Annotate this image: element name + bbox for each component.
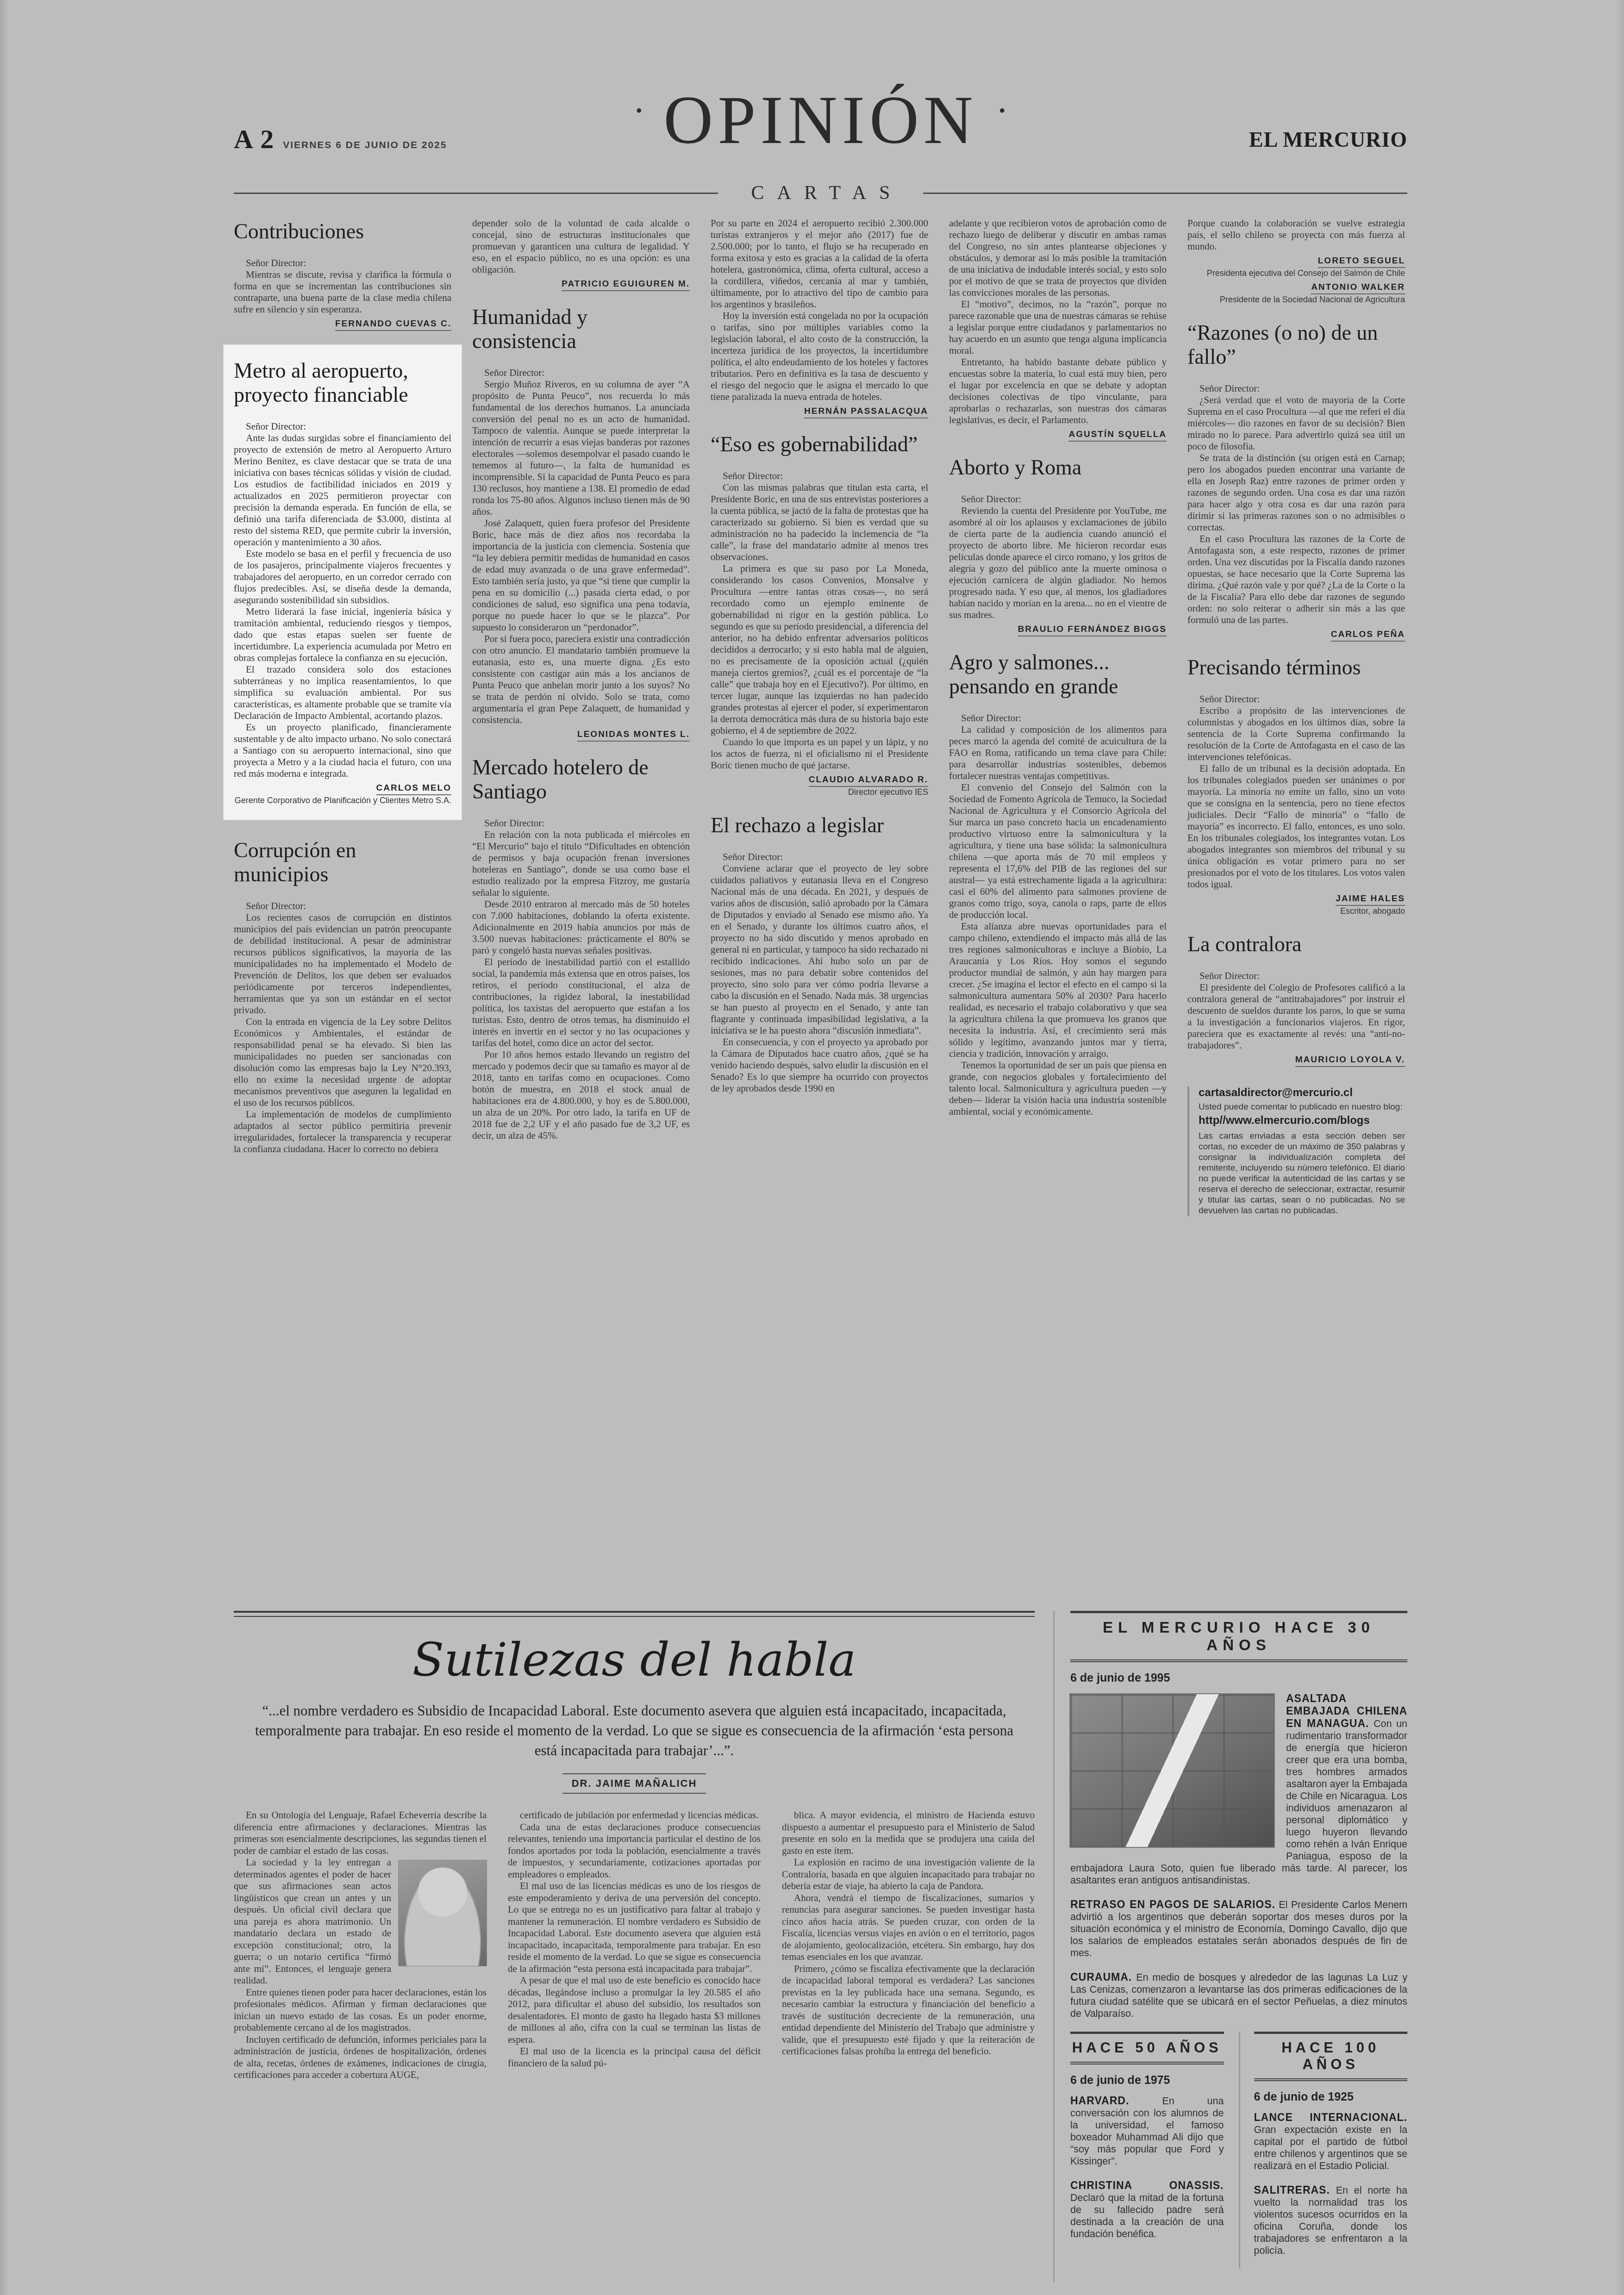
history-item: HARVARD. En una conversación con los alu…: [1070, 2095, 1224, 2167]
letters-column: ContribucionesSeñor Director:Mientras se…: [234, 218, 451, 1611]
letter-paragraph: Con la entrada en vigencia de la Ley sob…: [234, 1016, 451, 1109]
letter-section: Por su parte en 2024 el aeropuerto recib…: [711, 218, 928, 417]
letter-paragraph: En consecuencia, y con el proyecto ya ap…: [711, 1036, 928, 1094]
letter-section: Porque cuando la colaboración se vuelve …: [1187, 218, 1405, 305]
letter-paragraph: El convenio del Consejo del Salmón con l…: [949, 782, 1167, 921]
letter-salutation: Señor Director:: [711, 470, 928, 482]
letter-section: Precisando términosSeñor Director:Escrib…: [1187, 655, 1405, 917]
left-rule: [234, 193, 718, 194]
letter-salutation: Señor Director:: [1187, 970, 1405, 982]
letter-paragraph: Reviendo la cuenta del Presidente por Yo…: [949, 505, 1167, 621]
letter-salutation: Señor Director:: [472, 817, 690, 829]
contact-blog-url[interactable]: http//www.elmercurio.com/blogs: [1199, 1114, 1405, 1127]
letter-title: Agro y salmones... pensando en grande: [949, 650, 1167, 698]
signature-name: LEONIDAS MONTES L.: [577, 730, 690, 742]
letter-section: La contraloraSeñor Director:El president…: [1187, 932, 1405, 1065]
letter-paragraph: En el caso Procultura las razones de la …: [1187, 533, 1405, 626]
letter-paragraph: Ante las dudas surgidas sobre el financi…: [234, 432, 451, 548]
feature-paragraph: La explosión en racimo de una investigac…: [782, 1857, 1035, 1892]
letter-paragraph: La primera es que su paso por La Moneda,…: [711, 563, 928, 736]
section-title: OPINIÓN: [663, 82, 977, 158]
hace-50-header: HACE 50 AÑOS: [1070, 2032, 1224, 2064]
feature-paragraph: El mal uso de las licencias médicas es u…: [508, 1880, 761, 1975]
feature-paragraph: Incluyen certificado de defunción, infor…: [234, 2034, 487, 2081]
feature-column: certificado de jubilación por enfermedad…: [508, 1809, 761, 2081]
letter-salutation: Señor Director:: [1187, 383, 1405, 394]
letters-column: Por su parte en 2024 el aeropuerto recib…: [711, 218, 928, 1611]
letter-signature: ANTONIO WALKER: [1187, 282, 1405, 293]
signature-name: MAURICIO LOYOLA V.: [1295, 1055, 1405, 1067]
history-item: CURAUMA. En medio de bosques y alrededor…: [1070, 1971, 1407, 2020]
letters-columns: ContribucionesSeñor Director:Mientras se…: [234, 218, 1405, 1611]
letter-paragraph: Con las mismas palabras que titulan esta…: [711, 482, 928, 563]
signature-name: PATRICIO EGUIGUREN M.: [562, 279, 690, 291]
letter-paragraph: Esta alianza abre nuevas oportunidades p…: [949, 921, 1167, 1060]
feature-paragraph: Entre quienes tienen poder para hacer de…: [234, 1987, 487, 2034]
hace-100-box: HACE 100 AÑOS 6 de junio de 1925 LANCE I…: [1239, 2032, 1408, 2269]
letter-paragraph-continued: Por su parte en 2024 el aeropuerto recib…: [711, 218, 928, 310]
section-header: •OPINIÓN•: [234, 81, 1407, 160]
letter-paragraph: Sergio Muñoz Riveros, en su columna de a…: [472, 379, 690, 518]
letter-title: Mercado hotelero de Santiago: [472, 755, 690, 804]
letter-signature: AGUSTÍN SQUELLA: [949, 430, 1167, 440]
history-item: SALITRERAS. En el norte ha vuelto la nor…: [1254, 2184, 1408, 2257]
letter-title: “Eso es gobernabilidad”: [711, 432, 928, 456]
signature-role: Director ejecutivo IES: [711, 787, 928, 798]
letter-salutation: Señor Director:: [234, 421, 451, 432]
signature-role: Presidenta ejecutiva del Consejo del Sal…: [1187, 268, 1405, 279]
letter-salutation: Señor Director:: [234, 257, 451, 269]
letter-section: adelante y que recibieron votos de aprob…: [949, 218, 1167, 440]
signature-name: CLAUDIO ALVARADO R.: [809, 775, 928, 787]
hace-30-date: 6 de junio de 1995: [1070, 1671, 1407, 1685]
letter-title: Aborto y Roma: [949, 455, 1167, 480]
letter-paragraph-continued: Porque cuando la colaboración se vuelve …: [1187, 218, 1405, 252]
hace-50-box: HACE 50 AÑOS 6 de junio de 1975 HARVARD.…: [1070, 2032, 1224, 2269]
paper-name-wrap: EL MERCURIO: [1249, 127, 1407, 152]
history-module: EL MERCURIO HACE 30 AÑOS 6 de junio de 1…: [1053, 1611, 1407, 2282]
history-item: LANCE INTERNACIONAL. Gran expectación ex…: [1254, 2111, 1408, 2172]
letter-salutation: Señor Director:: [1187, 693, 1405, 705]
letters-contact-box: cartasaldirector@mercurio.clUsted puede …: [1187, 1086, 1405, 1216]
history-item-lead: CHRISTINA ONASSIS.: [1070, 2179, 1224, 2191]
feature-paragraph: certificado de jubilación por enfermedad…: [508, 1809, 761, 1821]
contact-blog-note: Usted puede comentar lo publicado en nue…: [1199, 1102, 1405, 1112]
letter-paragraph-continued: adelante y que recibieron votos de aprob…: [949, 218, 1167, 299]
letter-title: La contralora: [1187, 932, 1405, 956]
letter-paragraph: Tenemos la oportunidad de ser un país qu…: [949, 1060, 1167, 1117]
signature-role: Presidente de la Sociedad Nacional de Ag…: [1187, 294, 1405, 305]
signature-name: BRAULIO FERNÁNDEZ BIGGS: [1018, 624, 1167, 636]
feature-paragraph: El mal uso de la licencia es la principa…: [508, 2046, 761, 2069]
author-portrait-photo: [399, 1860, 487, 1966]
letter-section: “Razones (o no) de un fallo”Señor Direct…: [1187, 321, 1405, 640]
signature-role: Gerente Corporativo de Planificación y C…: [234, 795, 451, 806]
feature-byline: DR. JAIME MAÑALICH: [562, 1773, 706, 1794]
right-rule: [923, 193, 1407, 194]
feature-paragraph: En su Ontología del Lenguaje, Rafael Ech…: [234, 1809, 487, 1857]
feature-quote: “...el nombre verdadero es Subsidio de I…: [245, 1701, 1024, 1760]
hace-100-header: HACE 100 AÑOS: [1254, 2032, 1408, 2081]
letters-column: Porque cuando la colaboración se vuelve …: [1187, 218, 1405, 1611]
highlighted-letter: Metro al aeropuerto, proyecto financiabl…: [224, 345, 462, 820]
letter-signature: LORETO SEGUEL: [1187, 256, 1405, 266]
letter-section: depender solo de la voluntad de cada alc…: [472, 218, 690, 289]
letter-paragraph: Conviene aclarar que el proyecto de ley …: [711, 863, 928, 1036]
signature-name: LORETO SEGUEL: [1318, 256, 1405, 268]
letter-signature: LEONIDAS MONTES L.: [472, 730, 690, 740]
hace-30-items: ASALTADA EMBAJADA CHILENA EN MANAGUA. Co…: [1070, 1692, 1407, 2020]
contact-fine-print: Las cartas enviadas a esta sección deben…: [1199, 1131, 1405, 1216]
letter-salutation: Señor Director:: [949, 493, 1167, 505]
letter-section: Humanidad y consistenciaSeñor Director:S…: [472, 305, 690, 740]
history-item-lead: HARVARD.: [1070, 2095, 1129, 2107]
feature-column: En su Ontología del Lenguaje, Rafael Ech…: [234, 1809, 487, 2081]
letter-signature: CLAUDIO ALVARADO R.: [711, 775, 928, 785]
letter-paragraph: Por 10 años hemos estado llevando un reg…: [472, 1049, 690, 1141]
history-item: CHRISTINA ONASSIS. Declaró que la mitad …: [1070, 2179, 1224, 2240]
left-dot-icon: •: [636, 100, 642, 121]
letter-section: “Eso es gobernabilidad”Señor Director:Co…: [711, 432, 928, 798]
letter-section: Mercado hotelero de SantiagoSeñor Direct…: [472, 755, 690, 1141]
letter-title: “Razones (o no) de un fallo”: [1187, 321, 1405, 369]
contact-email[interactable]: cartasaldirector@mercurio.cl: [1199, 1086, 1405, 1099]
letter-title: Precisando términos: [1187, 655, 1405, 680]
letters-column: depender solo de la voluntad de cada alc…: [472, 218, 690, 1611]
hace-100-items: LANCE INTERNACIONAL. Gran expectación ex…: [1254, 2111, 1408, 2257]
subsection-row: CARTAS: [234, 182, 1407, 204]
letter-paragraph: El trazado considera solo dos estaciones…: [234, 664, 451, 722]
signature-name: AGUSTÍN SQUELLA: [1068, 430, 1167, 442]
feature-columns: En su Ontología del Lenguaje, Rafael Ech…: [234, 1809, 1035, 2081]
embassy-flag-photo: [1070, 1694, 1274, 1847]
signature-name: CARLOS MELO: [376, 783, 451, 795]
letter-section: Corrupción en municipiosSeñor Director:L…: [234, 838, 451, 1155]
letter-paragraph: Desde 2010 entraron al mercado más de 50…: [472, 898, 690, 956]
masthead: A 2VIERNES 6 DE JUNIO DE 2025 •OPINIÓN• …: [234, 81, 1407, 220]
history-item-lead: SALITRERAS.: [1254, 2184, 1330, 2196]
letter-signature: JAIME HALES: [1187, 894, 1405, 904]
feature-paragraph: Cada una de estas declaraciones produce …: [508, 1821, 761, 1881]
letter-title: Corrupción en municipios: [234, 838, 451, 886]
letter-section: Aborto y RomaSeñor Director:Reviendo la …: [949, 455, 1167, 635]
feature-article: Sutilezas del habla “...el nombre verdad…: [234, 1611, 1035, 2282]
hace-100-date: 6 de junio de 1925: [1254, 2090, 1408, 2104]
letter-paragraph: Cuando lo que importa es un papel y un l…: [711, 736, 928, 771]
letter-signature: FERNANDO CUEVAS C.: [234, 319, 451, 329]
history-item-lead: CURAUMA.: [1070, 1971, 1132, 1983]
history-item-lead: ASALTADA EMBAJADA CHILENA EN MANAGUA.: [1286, 1692, 1407, 1729]
letter-section: El rechazo a legislarSeñor Director:Conv…: [711, 813, 928, 1094]
feature-column: blica. A mayor evidencia, el ministro de…: [782, 1809, 1035, 2081]
signature-name: ANTONIO WALKER: [1311, 282, 1405, 294]
hace-30-header: EL MERCURIO HACE 30 AÑOS: [1070, 1611, 1407, 1662]
feature-top-rule: [234, 1611, 1035, 1617]
signature-name: JAIME HALES: [1336, 894, 1405, 906]
letter-paragraph: Se trata de la distinción (su origen est…: [1187, 452, 1405, 533]
feature-title: Sutilezas del habla: [234, 1633, 1035, 1687]
letter-paragraph: Por si fuera poco, pareciera existir una…: [472, 633, 690, 726]
letter-paragraph: El fallo de un tribunal es la decisión a…: [1187, 763, 1405, 890]
hace-50-items: HARVARD. En una conversación con los alu…: [1070, 2095, 1224, 2240]
letter-signature: HERNÁN PASSALACQUA: [711, 406, 928, 417]
letter-paragraph: Los recientes casos de corrupción en dis…: [234, 912, 451, 1016]
letter-paragraph: Es un proyecto planificado, financierame…: [234, 722, 451, 780]
letter-paragraph: Metro liderará la fase inicial, ingenier…: [234, 606, 451, 664]
history-item-lead: LANCE INTERNACIONAL.: [1254, 2111, 1408, 2123]
letter-signature: MAURICIO LOYOLA V.: [1187, 1055, 1405, 1065]
letter-section: ContribucionesSeñor Director:Mientras se…: [234, 219, 451, 329]
letter-paragraph: La calidad y composición de los alimento…: [949, 724, 1167, 782]
letter-paragraph: ¿Será verdad que el voto de mayoría de l…: [1187, 394, 1405, 452]
letter-salutation: Señor Director:: [949, 712, 1167, 724]
hace-sub-row: HACE 50 AÑOS 6 de junio de 1975 HARVARD.…: [1070, 2032, 1407, 2269]
letter-signature: PATRICIO EGUIGUREN M.: [472, 279, 690, 289]
letter-title: El rechazo a legislar: [711, 813, 928, 837]
letters-column: adelante y que recibieron votos de aprob…: [949, 218, 1167, 1611]
history-item: RETRASO EN PAGOS DE SALARIOS. El Preside…: [1070, 1898, 1407, 1959]
hace-50-date: 6 de junio de 1975: [1070, 2074, 1224, 2087]
bottom-area: Sutilezas del habla “...el nombre verdad…: [234, 1611, 1407, 2282]
letter-paragraph: Mientras se discute, revisa y clarifica …: [234, 269, 451, 315]
letter-paragraph: Escribo a propósito de las intervencione…: [1187, 705, 1405, 763]
letter-salutation: Señor Director:: [472, 367, 690, 379]
letter-title: Contribuciones: [234, 219, 451, 243]
letter-paragraph: José Zalaquett, quien fuera profesor del…: [472, 518, 690, 633]
feature-paragraph: Primero, ¿cómo se fiscaliza efectivament…: [782, 1963, 1035, 2058]
letter-salutation: Señor Director:: [711, 851, 928, 863]
letter-title: Metro al aeropuerto, proyecto financiabl…: [234, 359, 451, 407]
letter-signature: CARLOS PEÑA: [1187, 630, 1405, 640]
letter-paragraph-continued: depender solo de la voluntad de cada alc…: [472, 218, 690, 275]
subsection-title: CARTAS: [738, 182, 903, 204]
feature-paragraph: Ahora, vendrá el tiempo de fiscalizacion…: [782, 1892, 1035, 1963]
letter-paragraph: La implementación de modelos de cumplimi…: [234, 1109, 451, 1155]
signature-name: HERNÁN PASSALACQUA: [804, 406, 928, 418]
history-item-lead: RETRASO EN PAGOS DE SALARIOS.: [1070, 1898, 1275, 1910]
letter-paragraph: El presidente del Colegio de Profesores …: [1187, 982, 1405, 1051]
signature-name: FERNANDO CUEVAS C.: [335, 319, 451, 331]
feature-paragraph: blica. A mayor evidencia, el ministro de…: [782, 1809, 1035, 1857]
right-dot-icon: •: [999, 100, 1006, 121]
letter-salutation: Señor Director:: [234, 900, 451, 912]
paper-name: EL MERCURIO: [1249, 128, 1407, 151]
newspaper-page: { "masthead": { "page_label": "A 2", "da…: [0, 0, 1624, 2295]
letter-paragraph: Este modelo se basa en el perfil y frecu…: [234, 548, 451, 606]
letter-section: Agro y salmones... pensando en grandeSeñ…: [949, 650, 1167, 1117]
signature-name: CARLOS PEÑA: [1331, 630, 1405, 642]
letter-signature: CARLOS MELO: [234, 783, 451, 793]
feature-paragraph: A pesar de que el mal uso de este benefi…: [508, 1975, 761, 2046]
letter-paragraph: El “motivo”, decimos, no la “razón”, por…: [949, 299, 1167, 356]
letter-paragraph: Hoy la inversión está congelada no por l…: [711, 310, 928, 403]
letter-signature: BRAULIO FERNÁNDEZ BIGGS: [949, 624, 1167, 635]
letter-paragraph: El período de inestabilidad partió con e…: [472, 956, 690, 1049]
signature-role: Escritor, abogado: [1187, 906, 1405, 917]
letter-paragraph: Entretanto, ha habido bastante debate pú…: [949, 356, 1167, 426]
letter-paragraph: En relación con la nota publicada el mié…: [472, 829, 690, 898]
letter-title: Humanidad y consistencia: [472, 305, 690, 353]
